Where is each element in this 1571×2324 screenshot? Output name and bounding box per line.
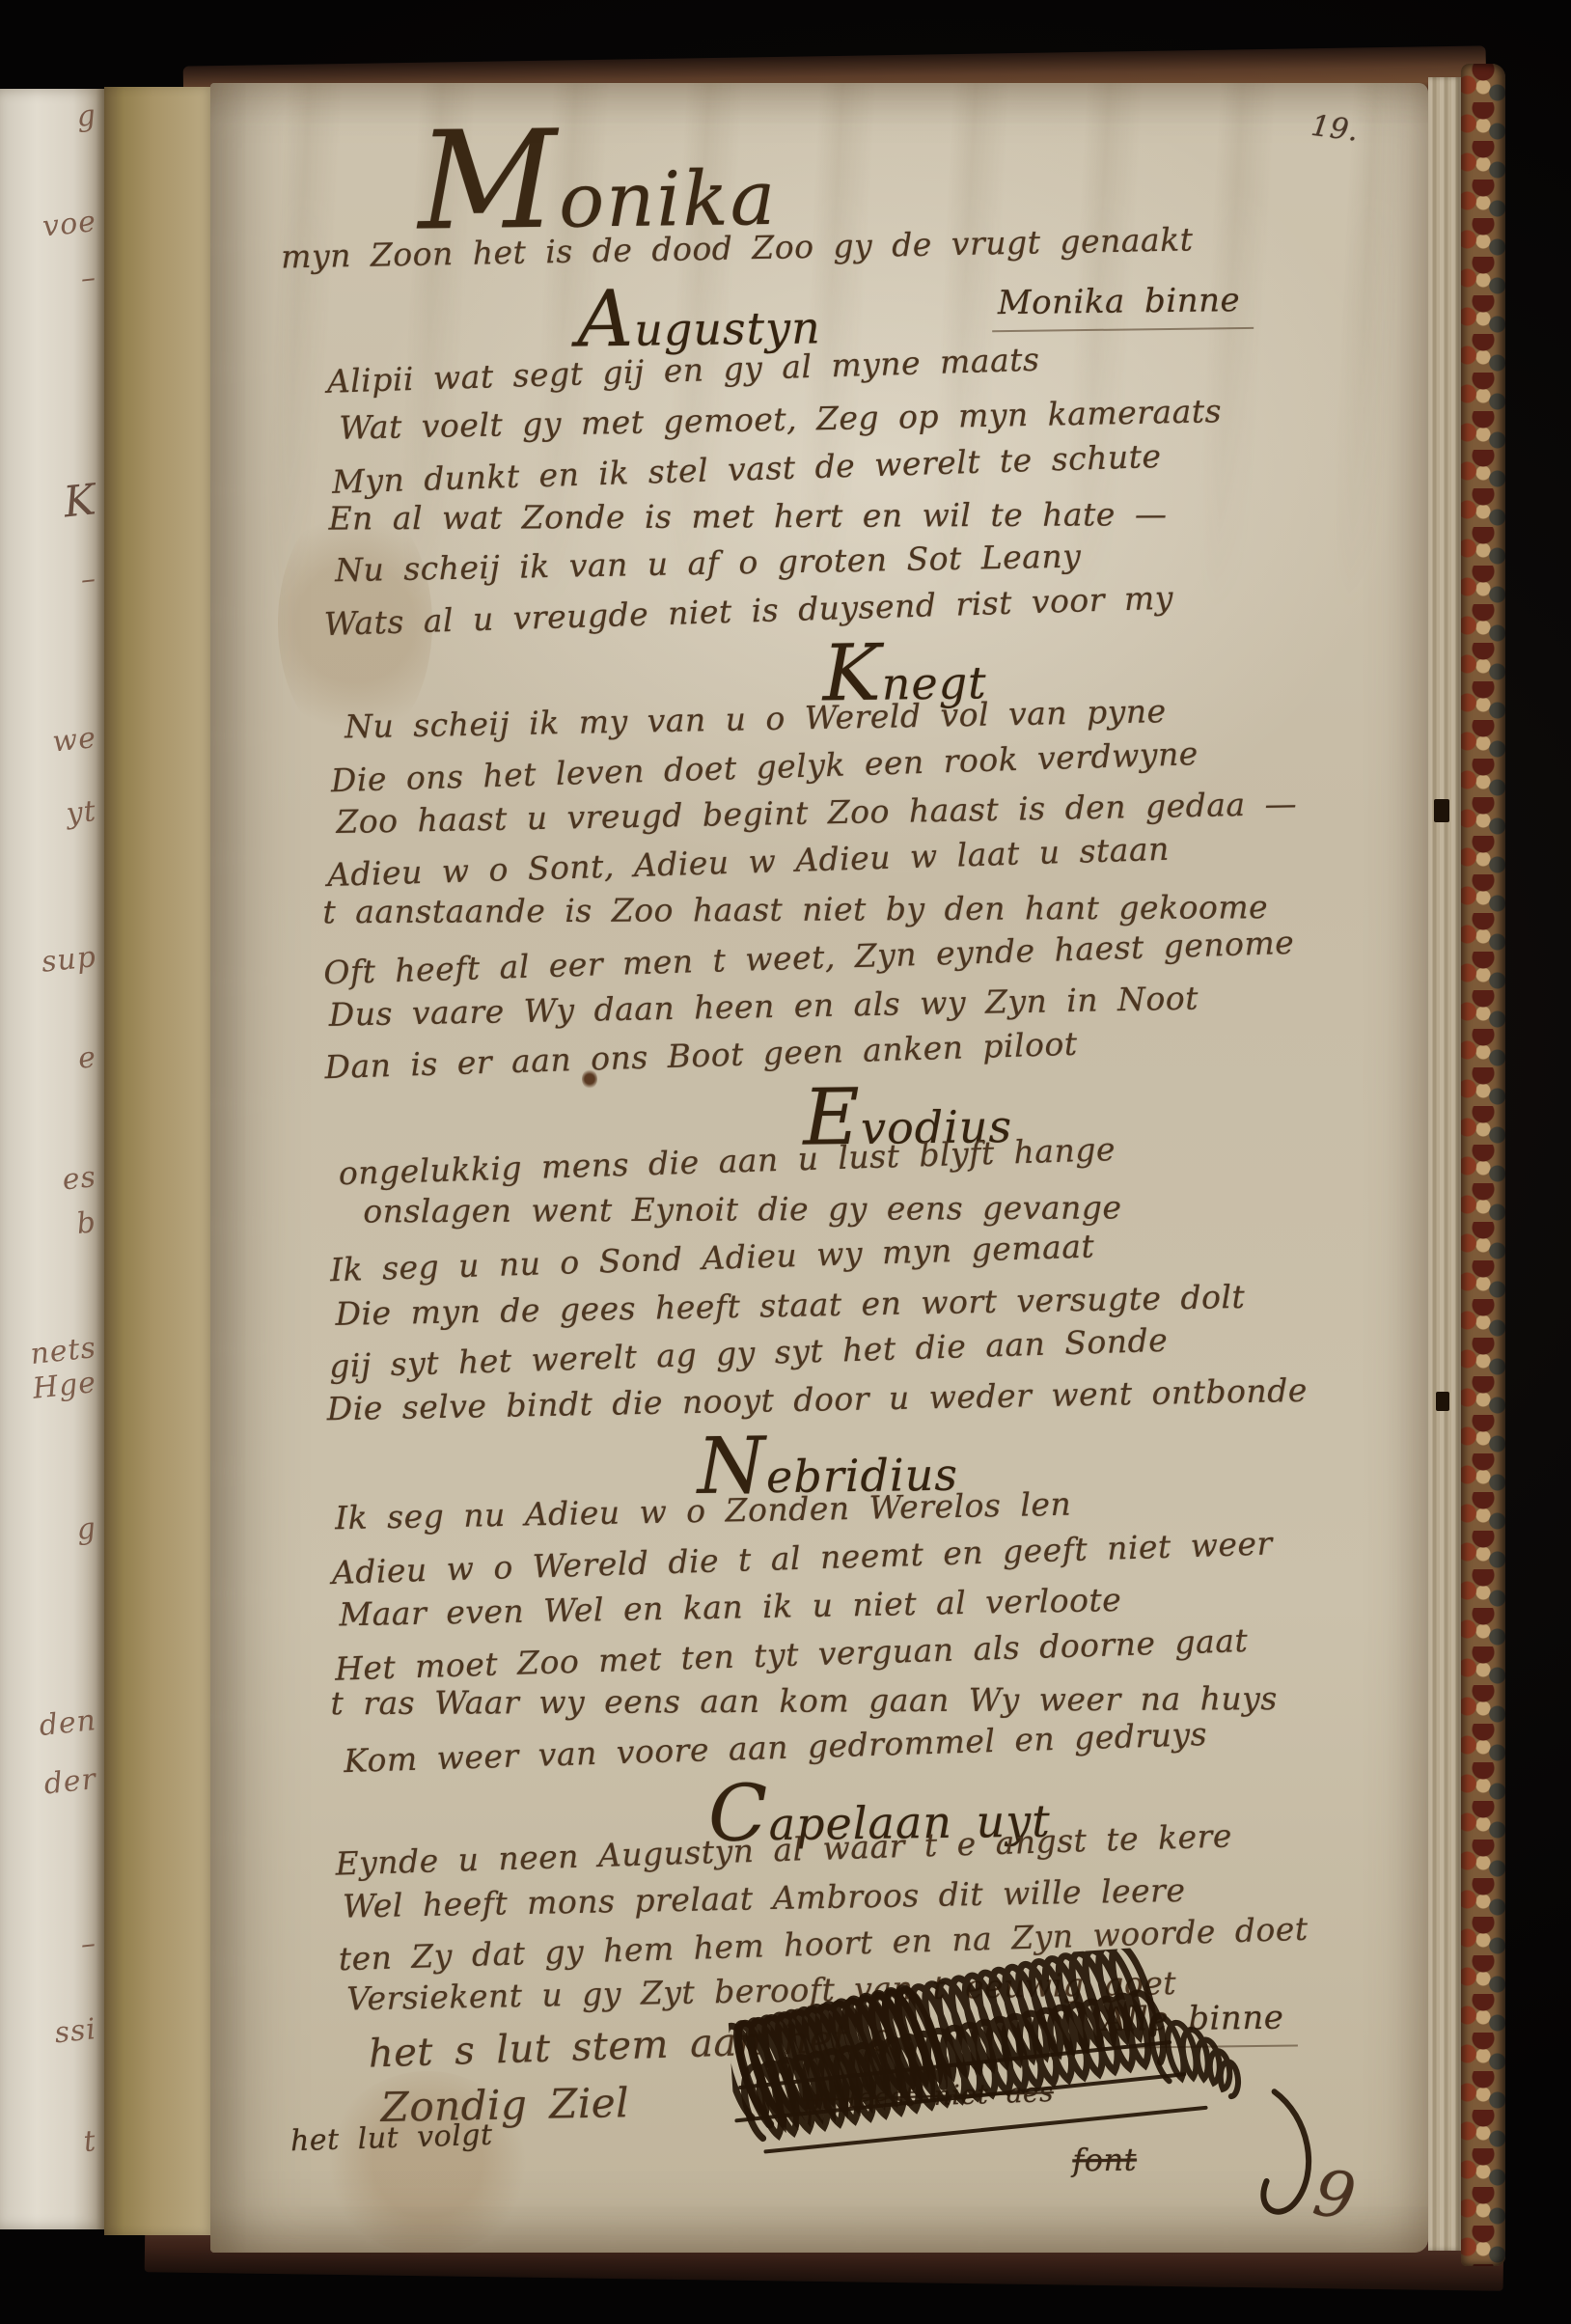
facing-page-text-fragment: den	[2, 1703, 97, 1747]
facing-page-edge: g voe – K – we yt sup e es b nets Hge g …	[0, 89, 104, 2229]
verse-line: t ras Waar wy eens aan kom gaan Wy weer …	[330, 1679, 1277, 1722]
verse-line: Ik seg u nu o Sond Adieu wy myn gemaat	[329, 1227, 1094, 1288]
margin-note: het lut volgt	[290, 2118, 494, 2159]
verse-line: het s lut stem aan het o	[368, 2015, 894, 2076]
facing-page-text-fragment: we	[2, 721, 97, 764]
facing-page-text-fragment: der	[2, 1762, 97, 1806]
page-content: 19. Monika myn Zoon het is de dood Zoo g…	[200, 74, 1444, 2258]
verse-line: Maar even Wel en kan ik u niet al verloo…	[339, 1581, 1122, 1634]
crossed-out-text: in leest niet aes	[803, 2076, 1054, 2116]
pen-flourish: 9	[1309, 2155, 1361, 2235]
facing-page-text-fragment: –	[2, 261, 97, 304]
verse-line: Nu scheij ik my van u o Wereld vol van p…	[345, 692, 1167, 745]
verse-line: t aanstaande is Zoo haast niet by den ha…	[322, 888, 1268, 930]
stage-cue-monika-binne: Monika binne	[992, 281, 1254, 332]
facing-page-text-fragment: –	[2, 562, 97, 605]
fore-edge-ink-mark	[1436, 1392, 1449, 1411]
facing-page-text-fragment: voe	[2, 205, 97, 248]
verse-line: myn Zoon het is de dood Zoo gy de vrugt …	[281, 220, 1194, 275]
verse-line: Adieu w o Wereld die t al neemt en geeft…	[331, 1524, 1273, 1591]
verse-line: En al wat Zonde is met hert en wil te ha…	[328, 495, 1167, 538]
page-fore-edge	[1428, 77, 1461, 2251]
photo-background: g voe – K – we yt sup e es b nets Hge g …	[0, 0, 1571, 2324]
facing-page-text-fragment: es	[2, 1160, 97, 1203]
facing-page-text-fragment: K	[2, 475, 99, 534]
verse-line: Wats al u vreugde niet is duysend rist v…	[323, 579, 1173, 644]
facing-page-text-fragment: t	[2, 2124, 97, 2168]
facing-page-text-fragment: sup	[2, 940, 97, 983]
facing-page-text-fragment: ssi	[2, 2012, 97, 2056]
book-gutter	[104, 87, 212, 2235]
facing-page-text-fragment: yt	[2, 794, 97, 838]
verse-line: Nu scheij ik van u af o groten Sot Leany	[335, 537, 1082, 589]
fore-edge-ink-mark	[1434, 799, 1449, 822]
facing-page-text-fragment: e	[2, 1040, 97, 1084]
marbled-cover-edge	[1461, 64, 1505, 2266]
verse-line: Ik seg nu Adieu w o Zonden Werelos len	[335, 1485, 1072, 1537]
page-number: 19.	[1309, 109, 1360, 149]
facing-page-text-fragment: –	[2, 1926, 97, 1970]
manuscript-page: 19. Monika myn Zoon het is de dood Zoo g…	[210, 83, 1428, 2253]
crossed-out-word: font	[1072, 2142, 1137, 2179]
stage-cue-alle-binne: Alle binne	[1096, 1998, 1297, 2049]
facing-page-text-fragment: g	[2, 1511, 97, 1555]
facing-page-text-fragment: b	[2, 1205, 97, 1249]
facing-page-text-fragment: g	[2, 98, 97, 142]
verse-line: Myn dunkt en ik stel vast de werelt te s…	[332, 437, 1162, 501]
verse-line: Adieu w o Sont, Adieu w Adieu w laat u s…	[326, 830, 1170, 894]
verse-line: Het moet Zoo met ten tyt verguan als doo…	[335, 1621, 1249, 1688]
verse-line: onslagen went Eynoit die gy eens gevange	[363, 1188, 1121, 1230]
verse-line: ongelukkig mens die aan u lust blyft han…	[338, 1130, 1116, 1192]
